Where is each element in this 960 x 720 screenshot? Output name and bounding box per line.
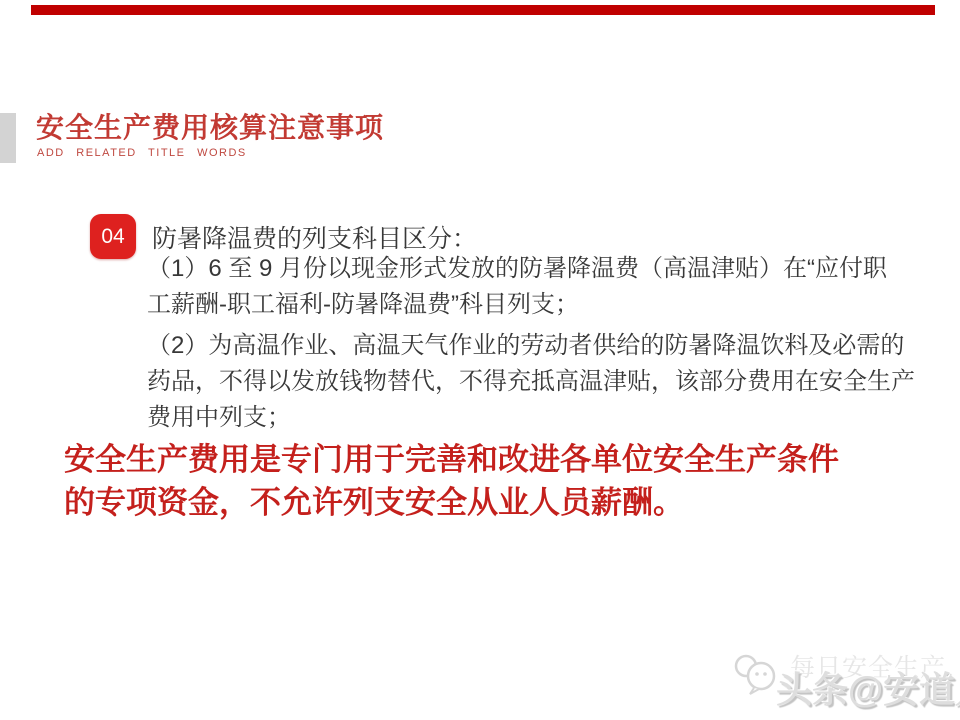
emphasis-line-1: 安全生产费用是专门用于完善和改进各单位安全生产条件 <box>64 438 839 481</box>
page-title: 安全生产费用核算注意事项 <box>36 106 384 146</box>
top-accent-bar <box>31 5 935 15</box>
paragraph-2: （2）为高温作业、高温天气作业的劳动者供给的防暑降温饮料及必需的 药品，不得以发… <box>147 328 915 436</box>
watermark-main-text: 头条@安道儿 <box>776 662 960 713</box>
emphasis-line-2: 的专项资金，不允许列支安全从业人员薪酬。 <box>64 481 839 524</box>
paragraph-2-line-1: （2）为高温作业、高温天气作业的劳动者供给的防暑降温饮料及必需的 <box>147 328 915 364</box>
paragraph-2-line-3: 费用中列支； <box>147 400 915 436</box>
section-number-badge: 04 <box>90 214 136 259</box>
watermark: 每日安全生产 头条@安道儿 <box>718 646 956 716</box>
toutiao-logo-icon <box>732 652 780 701</box>
presentation-slide: 安全生产费用核算注意事项 ADD RELATED TITLE WORDS 04 … <box>0 0 960 720</box>
paragraph-1-line-2: 工薪酬-职工福利-防暑降温费”科目列支； <box>147 287 887 323</box>
emphasis-text: 安全生产费用是专门用于完善和改进各单位安全生产条件 的专项资金，不允许列支安全从… <box>64 438 839 524</box>
paragraph-2-line-2: 药品，不得以发放钱物替代，不得充抵高温津贴，该部分费用在安全生产 <box>147 364 915 400</box>
title-accent-bar <box>0 113 16 163</box>
paragraph-1-line-1: （1）6 至 9 月份以现金形式发放的防暑降温费（高温津贴）在“应付职 <box>147 251 887 287</box>
page-subtitle: ADD RELATED TITLE WORDS <box>37 147 247 159</box>
section-heading: 防暑降温费的列支科目区分： <box>152 219 477 255</box>
paragraph-1: （1）6 至 9 月份以现金形式发放的防暑降温费（高温津贴）在“应付职 工薪酬-… <box>147 251 887 323</box>
